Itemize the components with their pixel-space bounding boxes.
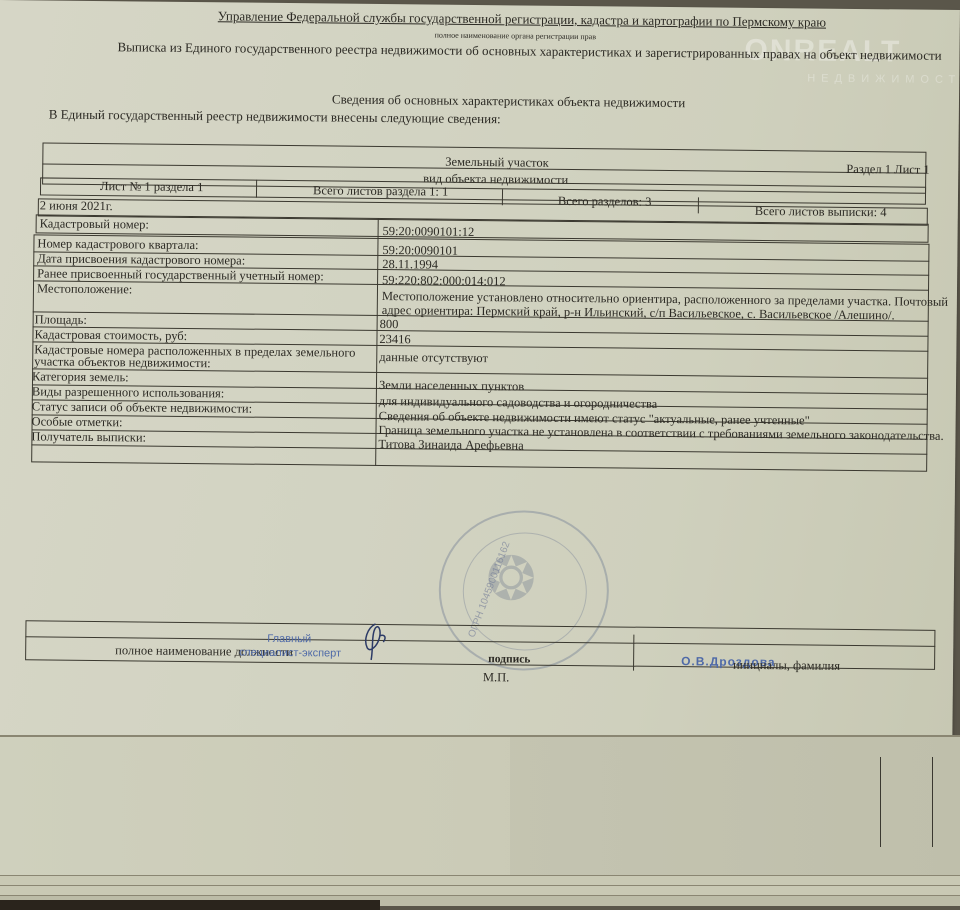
field-label-special-notes: Особые отметки: bbox=[32, 415, 123, 429]
field-value-cadastral-value: 23416 bbox=[379, 333, 410, 346]
table-line-fragment bbox=[880, 757, 881, 847]
field-value-cadastral-quarter: 59:20:0090101 bbox=[382, 244, 458, 258]
total-sheets-section: Всего листов раздела 1: 1 bbox=[313, 184, 448, 198]
authority-name: Управление Федеральной службы государств… bbox=[218, 8, 826, 30]
field-value-land-category: Земли населенных пунктов bbox=[379, 379, 524, 394]
section-title: Сведения об основных характеристиках объ… bbox=[332, 91, 685, 111]
field-value-assignment-date: 28.11.1994 bbox=[382, 258, 438, 272]
divider bbox=[256, 180, 257, 198]
field-label-nested-objects-2: участка объектов недвижимости: bbox=[34, 355, 211, 370]
field-label-cadastral-value: Кадастровая стоимость, руб: bbox=[34, 328, 187, 343]
seal-caption: М.П. bbox=[483, 671, 510, 684]
background-surface bbox=[0, 900, 380, 910]
sheet-number: Лист № 1 раздела 1 bbox=[100, 180, 203, 194]
watermark-subtitle: НЕДВИЖИМОСТЬ bbox=[807, 72, 960, 86]
field-label-permitted-use: Виды разрешенного использования: bbox=[32, 385, 225, 400]
field-label-assignment-date: Дата присвоения кадастрового номера: bbox=[37, 252, 245, 267]
initials-caption: инициалы, фамилия bbox=[733, 659, 840, 673]
section-sheet-label: Раздел 1 Лист 1 bbox=[846, 163, 930, 177]
field-label-record-status: Статус записи об объекте недвижимости: bbox=[32, 400, 253, 415]
intro-text: В Единый государственный реестр недвижим… bbox=[49, 107, 501, 128]
field-value-nested-objects: данные отсутствуют bbox=[379, 351, 488, 365]
field-label-recipient: Получатель выписки: bbox=[31, 430, 146, 444]
field-label-location: Местоположение: bbox=[37, 282, 132, 296]
field-label-area: Площадь: bbox=[35, 313, 87, 327]
extract-page: ONREALT НЕДВИЖИМОСТЬ Управление Федераль… bbox=[0, 0, 960, 748]
field-value-area: 800 bbox=[380, 318, 399, 331]
underlying-page bbox=[0, 735, 960, 877]
field-value-previous-number: 59:220:802:000:014:012 bbox=[382, 274, 506, 288]
table-line-fragment bbox=[932, 757, 933, 847]
handwritten-signature-icon bbox=[361, 622, 391, 662]
signature-caption: подпись bbox=[488, 653, 530, 666]
field-value-recipient: Титова Зинаида Арефьевна bbox=[378, 438, 523, 453]
position-stamp-line1: Главный bbox=[267, 633, 311, 646]
extract-date: 2 июня 2021г. bbox=[40, 199, 113, 213]
position-stamp-line2: специалист-эксперт bbox=[239, 647, 341, 661]
field-label-cadastral-quarter: Номер кадастрового квартала: bbox=[37, 237, 198, 252]
authority-caption: полное наименование органа регистрации п… bbox=[435, 31, 596, 42]
object-type: Земельный участок bbox=[445, 156, 549, 170]
field-label-land-category: Категория земель: bbox=[32, 370, 129, 384]
field-value-cadastral-number: 59:20:0090101:12 bbox=[383, 225, 475, 239]
page-fold bbox=[510, 737, 960, 877]
field-label-cadastral-number: Кадастровый номер: bbox=[40, 217, 149, 231]
